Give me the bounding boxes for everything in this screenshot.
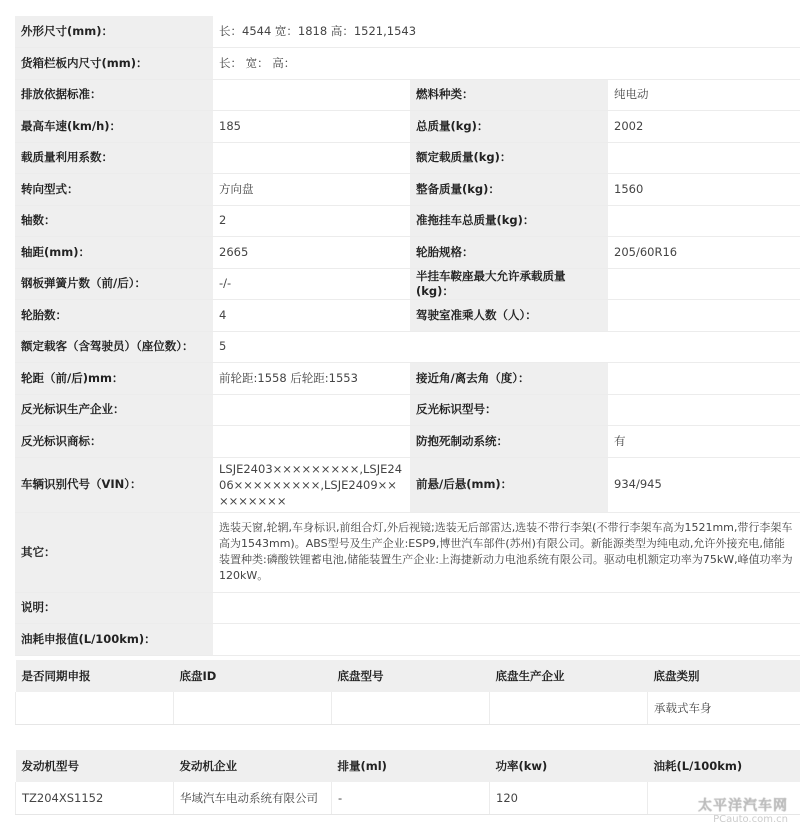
spec-row: 轴距(mm)： 2665 轮胎规格： 205/60R16 [15, 237, 800, 269]
spec-label: 其它： [15, 512, 213, 592]
watermark-en: PCauto.com.cn [698, 813, 788, 826]
spec-value: 205/60R16 [608, 237, 800, 269]
spec-row: 反光标识生产企业： 反光标识型号： [15, 394, 800, 426]
spec-label: 货箱栏板内尺寸(mm)： [15, 48, 213, 80]
chassis-header-row: 是否同期申报 底盘ID 底盘型号 底盘生产企业 底盘类别 [16, 660, 800, 692]
spec-value: 方向盘 [213, 174, 410, 206]
spec-label: 转向型式： [15, 174, 213, 206]
spec-row: 转向型式： 方向盘 整备质量(kg)： 1560 [15, 174, 800, 206]
table-cell: - [332, 782, 490, 814]
table-cell [174, 692, 332, 724]
spec-label: 驾驶室准乘人数（人）： [410, 300, 608, 332]
column-header: 底盘型号 [332, 660, 490, 692]
spec-row: 排放依据标准： 燃料种类： 纯电动 [15, 79, 800, 111]
spec-label: 反光标识商标： [15, 426, 213, 458]
watermark-cn: 太平洋汽车网 [698, 800, 788, 813]
spec-value: 有 [608, 426, 800, 458]
spec-label: 轮距（前/后)mm： [15, 363, 213, 395]
spec-value: 934/945 [608, 457, 800, 512]
spec-label: 反光标识生产企业： [15, 394, 213, 426]
spec-label: 外形尺寸(mm)： [15, 16, 213, 48]
spec-row-vin: 车辆识别代号（VIN）： LSJE2403×××××××××,LSJE2406×… [15, 457, 800, 512]
table-cell: TZ204XS1152 [16, 782, 174, 814]
spec-value [213, 624, 800, 656]
spec-label: 前悬/后悬(mm)： [410, 457, 608, 512]
spec-row: 反光标识商标： 防抱死制动系统： 有 [15, 426, 800, 458]
spec-row: 最高车速(km/h)： 185 总质量(kg)： 2002 [15, 111, 800, 143]
spec-row: 轮距（前/后)mm： 前轮距:1558 后轮距:1553 接近角/离去角（度）： [15, 363, 800, 395]
spec-value [608, 142, 800, 174]
spec-row-cargo-box: 货箱栏板内尺寸(mm)： 长： 宽： 高： [15, 48, 800, 80]
table-cell: 120 [490, 782, 648, 814]
table-row: TZ204XS1152 华域汽车电动系统有限公司 - 120 [16, 782, 800, 814]
table-cell: 华域汽车电动系统有限公司 [174, 782, 332, 814]
spec-value: 185 [213, 111, 410, 143]
spec-row-dimensions: 外形尺寸(mm)： 长：4544 宽：1818 高：1521,1543 [15, 16, 800, 48]
spec-row: 载质量利用系数： 额定载质量(kg)： [15, 142, 800, 174]
spec-value: 长： 宽： 高： [213, 48, 800, 80]
engine-table: 发动机型号 发动机企业 排量(ml) 功率(kw) 油耗(L/100km) TZ… [15, 750, 800, 815]
spec-label: 准拖挂车总质量(kg)： [410, 205, 608, 237]
spec-value [608, 268, 800, 300]
spec-row-other: 其它： 选装天窗,轮辋,车身标识,前组合灯,外后视镜;选装无后部雷达,选装不带行… [15, 512, 800, 592]
spec-label: 接近角/离去角（度）： [410, 363, 608, 395]
spec-label: 反光标识型号： [410, 394, 608, 426]
spec-label: 轴距(mm)： [15, 237, 213, 269]
spec-label: 轮胎规格： [410, 237, 608, 269]
spec-label: 说明： [15, 592, 213, 624]
spec-value [608, 394, 800, 426]
spec-label: 总质量(kg)： [410, 111, 608, 143]
spec-row: 轴数： 2 准拖挂车总质量(kg)： [15, 205, 800, 237]
table-cell: 承载式车身 [648, 692, 800, 724]
spec-label: 燃料种类： [410, 79, 608, 111]
spec-row: 钢板弹簧片数（前/后）： -/- 半挂车鞍座最大允许承载质量(kg)： [15, 268, 800, 300]
spec-label: 轴数： [15, 205, 213, 237]
column-header: 底盘类别 [648, 660, 800, 692]
column-header: 排量(ml) [332, 750, 490, 782]
table-row: 承载式车身 [16, 692, 800, 724]
column-header: 底盘生产企业 [490, 660, 648, 692]
spec-row: 轮胎数： 4 驾驶室准乘人数（人）： [15, 300, 800, 332]
spec-value: 4 [213, 300, 410, 332]
spec-row-seating: 额定载客（含驾驶员）（座位数）： 5 [15, 331, 800, 363]
spec-value: 2 [213, 205, 410, 237]
chassis-table: 是否同期申报 底盘ID 底盘型号 底盘生产企业 底盘类别 承载式车身 [15, 660, 800, 725]
spec-value [213, 79, 410, 111]
table-cell [490, 692, 648, 724]
column-header: 油耗(L/100km) [648, 750, 800, 782]
spec-label: 轮胎数： [15, 300, 213, 332]
column-header: 是否同期申报 [16, 660, 174, 692]
spec-label: 车辆识别代号（VIN）： [15, 457, 213, 512]
spec-value [213, 426, 410, 458]
spec-label: 额定载质量(kg)： [410, 142, 608, 174]
spec-label: 半挂车鞍座最大允许承载质量(kg)： [410, 268, 608, 300]
table-cell [332, 692, 490, 724]
site-watermark: 太平洋汽车网 PCauto.com.cn [698, 800, 788, 826]
spec-label: 排放依据标准： [15, 79, 213, 111]
spec-value [213, 394, 410, 426]
column-header: 功率(kw) [490, 750, 648, 782]
spec-value: 5 [213, 331, 800, 363]
spec-value [213, 142, 410, 174]
spec-label: 载质量利用系数： [15, 142, 213, 174]
spec-row-fuel-declared: 油耗申报值(L/100km)： [15, 624, 800, 656]
spec-row-notes: 说明： [15, 592, 800, 624]
spec-value: 2002 [608, 111, 800, 143]
column-header: 底盘ID [174, 660, 332, 692]
spec-value: 纯电动 [608, 79, 800, 111]
spec-label: 油耗申报值(L/100km)： [15, 624, 213, 656]
engine-header-row: 发动机型号 发动机企业 排量(ml) 功率(kw) 油耗(L/100km) [16, 750, 800, 782]
spec-label: 额定载客（含驾驶员）（座位数）： [15, 331, 213, 363]
spec-label: 整备质量(kg)： [410, 174, 608, 206]
vehicle-spec-table: 外形尺寸(mm)： 长：4544 宽：1818 高：1521,1543 货箱栏板… [15, 16, 800, 656]
spec-value [608, 205, 800, 237]
spec-label: 防抱死制动系统： [410, 426, 608, 458]
column-header: 发动机企业 [174, 750, 332, 782]
spec-value: 前轮距:1558 后轮距:1553 [213, 363, 410, 395]
spec-value [608, 300, 800, 332]
table-cell [16, 692, 174, 724]
spec-label: 钢板弹簧片数（前/后）： [15, 268, 213, 300]
spec-value: 2665 [213, 237, 410, 269]
vin-value: LSJE2403×××××××××,LSJE2406×××××××××,LSJE… [213, 457, 410, 512]
spec-value [608, 363, 800, 395]
spec-label: 最高车速(km/h)： [15, 111, 213, 143]
other-notes-value: 选装天窗,轮辋,车身标识,前组合灯,外后视镜;选装无后部雷达,选装不带行李架(不… [213, 512, 800, 592]
spec-value [213, 592, 800, 624]
spec-value: 长：4544 宽：1818 高：1521,1543 [213, 16, 800, 48]
spec-value: -/- [213, 268, 410, 300]
spec-value: 1560 [608, 174, 800, 206]
column-header: 发动机型号 [16, 750, 174, 782]
